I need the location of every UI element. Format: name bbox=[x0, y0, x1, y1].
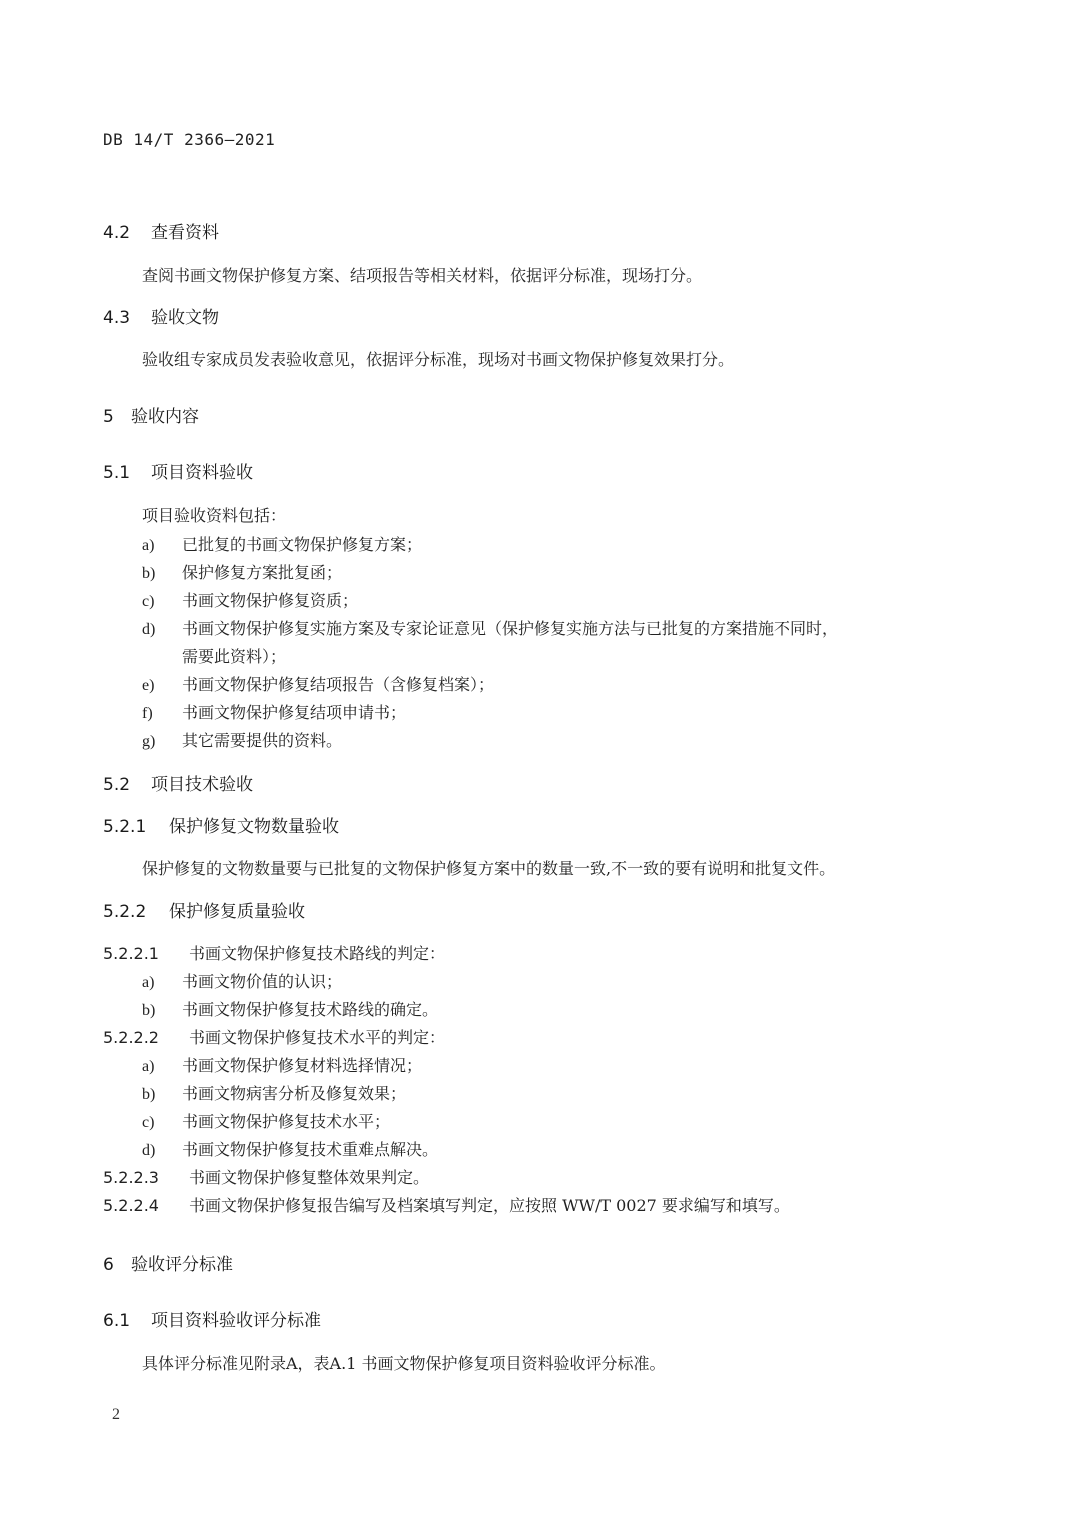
standard-code: DB 14/T 2366—2021 bbox=[103, 132, 275, 148]
heading-4-2: 4.2查看资料 bbox=[103, 225, 219, 242]
list-item: g)其它需要提供的资料。 bbox=[142, 733, 342, 750]
heading-title: 保护修复文物数量验收 bbox=[169, 817, 339, 837]
list-item: d)书画文物保护修复实施方案及专家论证意见（保护修复实施方法与已批复的方案措施不… bbox=[142, 621, 838, 638]
paragraph-5-2-1: 保护修复的文物数量要与已批复的文物保护修复方案中的数量一致,不一致的要有说明和批… bbox=[142, 861, 835, 877]
heading-number: 5.2.1 bbox=[103, 819, 169, 836]
clause-5-2-2-4: 5.2.2.4书画文物保护修复报告编写及档案填写判定，应按照 WW/T 0027… bbox=[103, 1198, 790, 1214]
heading-5-2-1: 5.2.1保护修复文物数量验收 bbox=[103, 819, 339, 836]
list-item: d)书画文物保护修复技术重难点解决。 bbox=[142, 1142, 438, 1159]
list-item-continuation: 需要此资料）； bbox=[182, 649, 286, 665]
heading-title: 项目技术验收 bbox=[151, 775, 253, 795]
clause-5-2-2-3: 5.2.2.3书画文物保护修复整体效果判定。 bbox=[103, 1170, 429, 1186]
list-item: a)已批复的书画文物保护修复方案； bbox=[142, 537, 422, 554]
heading-title: 验收评分标准 bbox=[131, 1255, 233, 1275]
heading-title: 验收内容 bbox=[131, 407, 199, 427]
list-item: a)书画文物价值的认识； bbox=[142, 974, 342, 991]
document-page: DB 14/T 2366—2021 4.2查看资料 查阅书画文物保护修复方案、结… bbox=[0, 0, 1080, 1527]
list-item: c)书画文物保护修复技术水平； bbox=[142, 1114, 390, 1131]
list-item: b)书画文物保护修复技术路线的确定。 bbox=[142, 1002, 438, 1019]
heading-title: 验收文物 bbox=[151, 308, 219, 328]
heading-number: 6 bbox=[103, 1257, 131, 1274]
heading-5: 5验收内容 bbox=[103, 409, 199, 426]
paragraph-5-1-intro: 项目验收资料包括： bbox=[142, 508, 286, 524]
paragraph-6-1: 具体评分标准见附录A，表A.1 书画文物保护修复项目资料验收评分标准。 bbox=[142, 1356, 665, 1372]
heading-5-2: 5.2项目技术验收 bbox=[103, 777, 253, 794]
heading-title: 保护修复质量验收 bbox=[169, 902, 305, 922]
heading-number: 5.2.2 bbox=[103, 904, 169, 921]
list-item: b)保护修复方案批复函； bbox=[142, 565, 342, 582]
list-item: e)书画文物保护修复结项报告（含修复档案）； bbox=[142, 677, 494, 694]
clause-5-2-2-1: 5.2.2.1书画文物保护修复技术路线的判定： bbox=[103, 946, 445, 962]
heading-6: 6验收评分标准 bbox=[103, 1257, 233, 1274]
heading-5-2-2: 5.2.2保护修复质量验收 bbox=[103, 904, 305, 921]
heading-title: 查看资料 bbox=[151, 223, 219, 243]
page-number: 2 bbox=[112, 1407, 120, 1423]
heading-6-1: 6.1项目资料验收评分标准 bbox=[103, 1313, 321, 1330]
list-item: f)书画文物保护修复结项申请书； bbox=[142, 705, 406, 722]
heading-title: 项目资料验收评分标准 bbox=[151, 1311, 321, 1331]
list-item: c)书画文物保护修复资质； bbox=[142, 593, 358, 610]
list-item: a)书画文物保护修复材料选择情况； bbox=[142, 1058, 422, 1075]
heading-number: 4.2 bbox=[103, 225, 151, 242]
heading-5-1: 5.1项目资料验收 bbox=[103, 465, 253, 482]
paragraph-4-3: 验收组专家成员发表验收意见，依据评分标准，现场对书画文物保护修复效果打分。 bbox=[142, 352, 734, 368]
heading-number: 5.2 bbox=[103, 777, 151, 794]
heading-number: 4.3 bbox=[103, 310, 151, 327]
heading-number: 5.1 bbox=[103, 465, 151, 482]
clause-5-2-2-2: 5.2.2.2书画文物保护修复技术水平的判定： bbox=[103, 1030, 445, 1046]
heading-title: 项目资料验收 bbox=[151, 463, 253, 483]
list-item: b)书画文物病害分析及修复效果； bbox=[142, 1086, 406, 1103]
heading-4-3: 4.3验收文物 bbox=[103, 310, 219, 327]
paragraph-4-2: 查阅书画文物保护修复方案、结项报告等相关材料，依据评分标准，现场打分。 bbox=[142, 268, 702, 284]
heading-number: 6.1 bbox=[103, 1313, 151, 1330]
heading-number: 5 bbox=[103, 409, 131, 426]
